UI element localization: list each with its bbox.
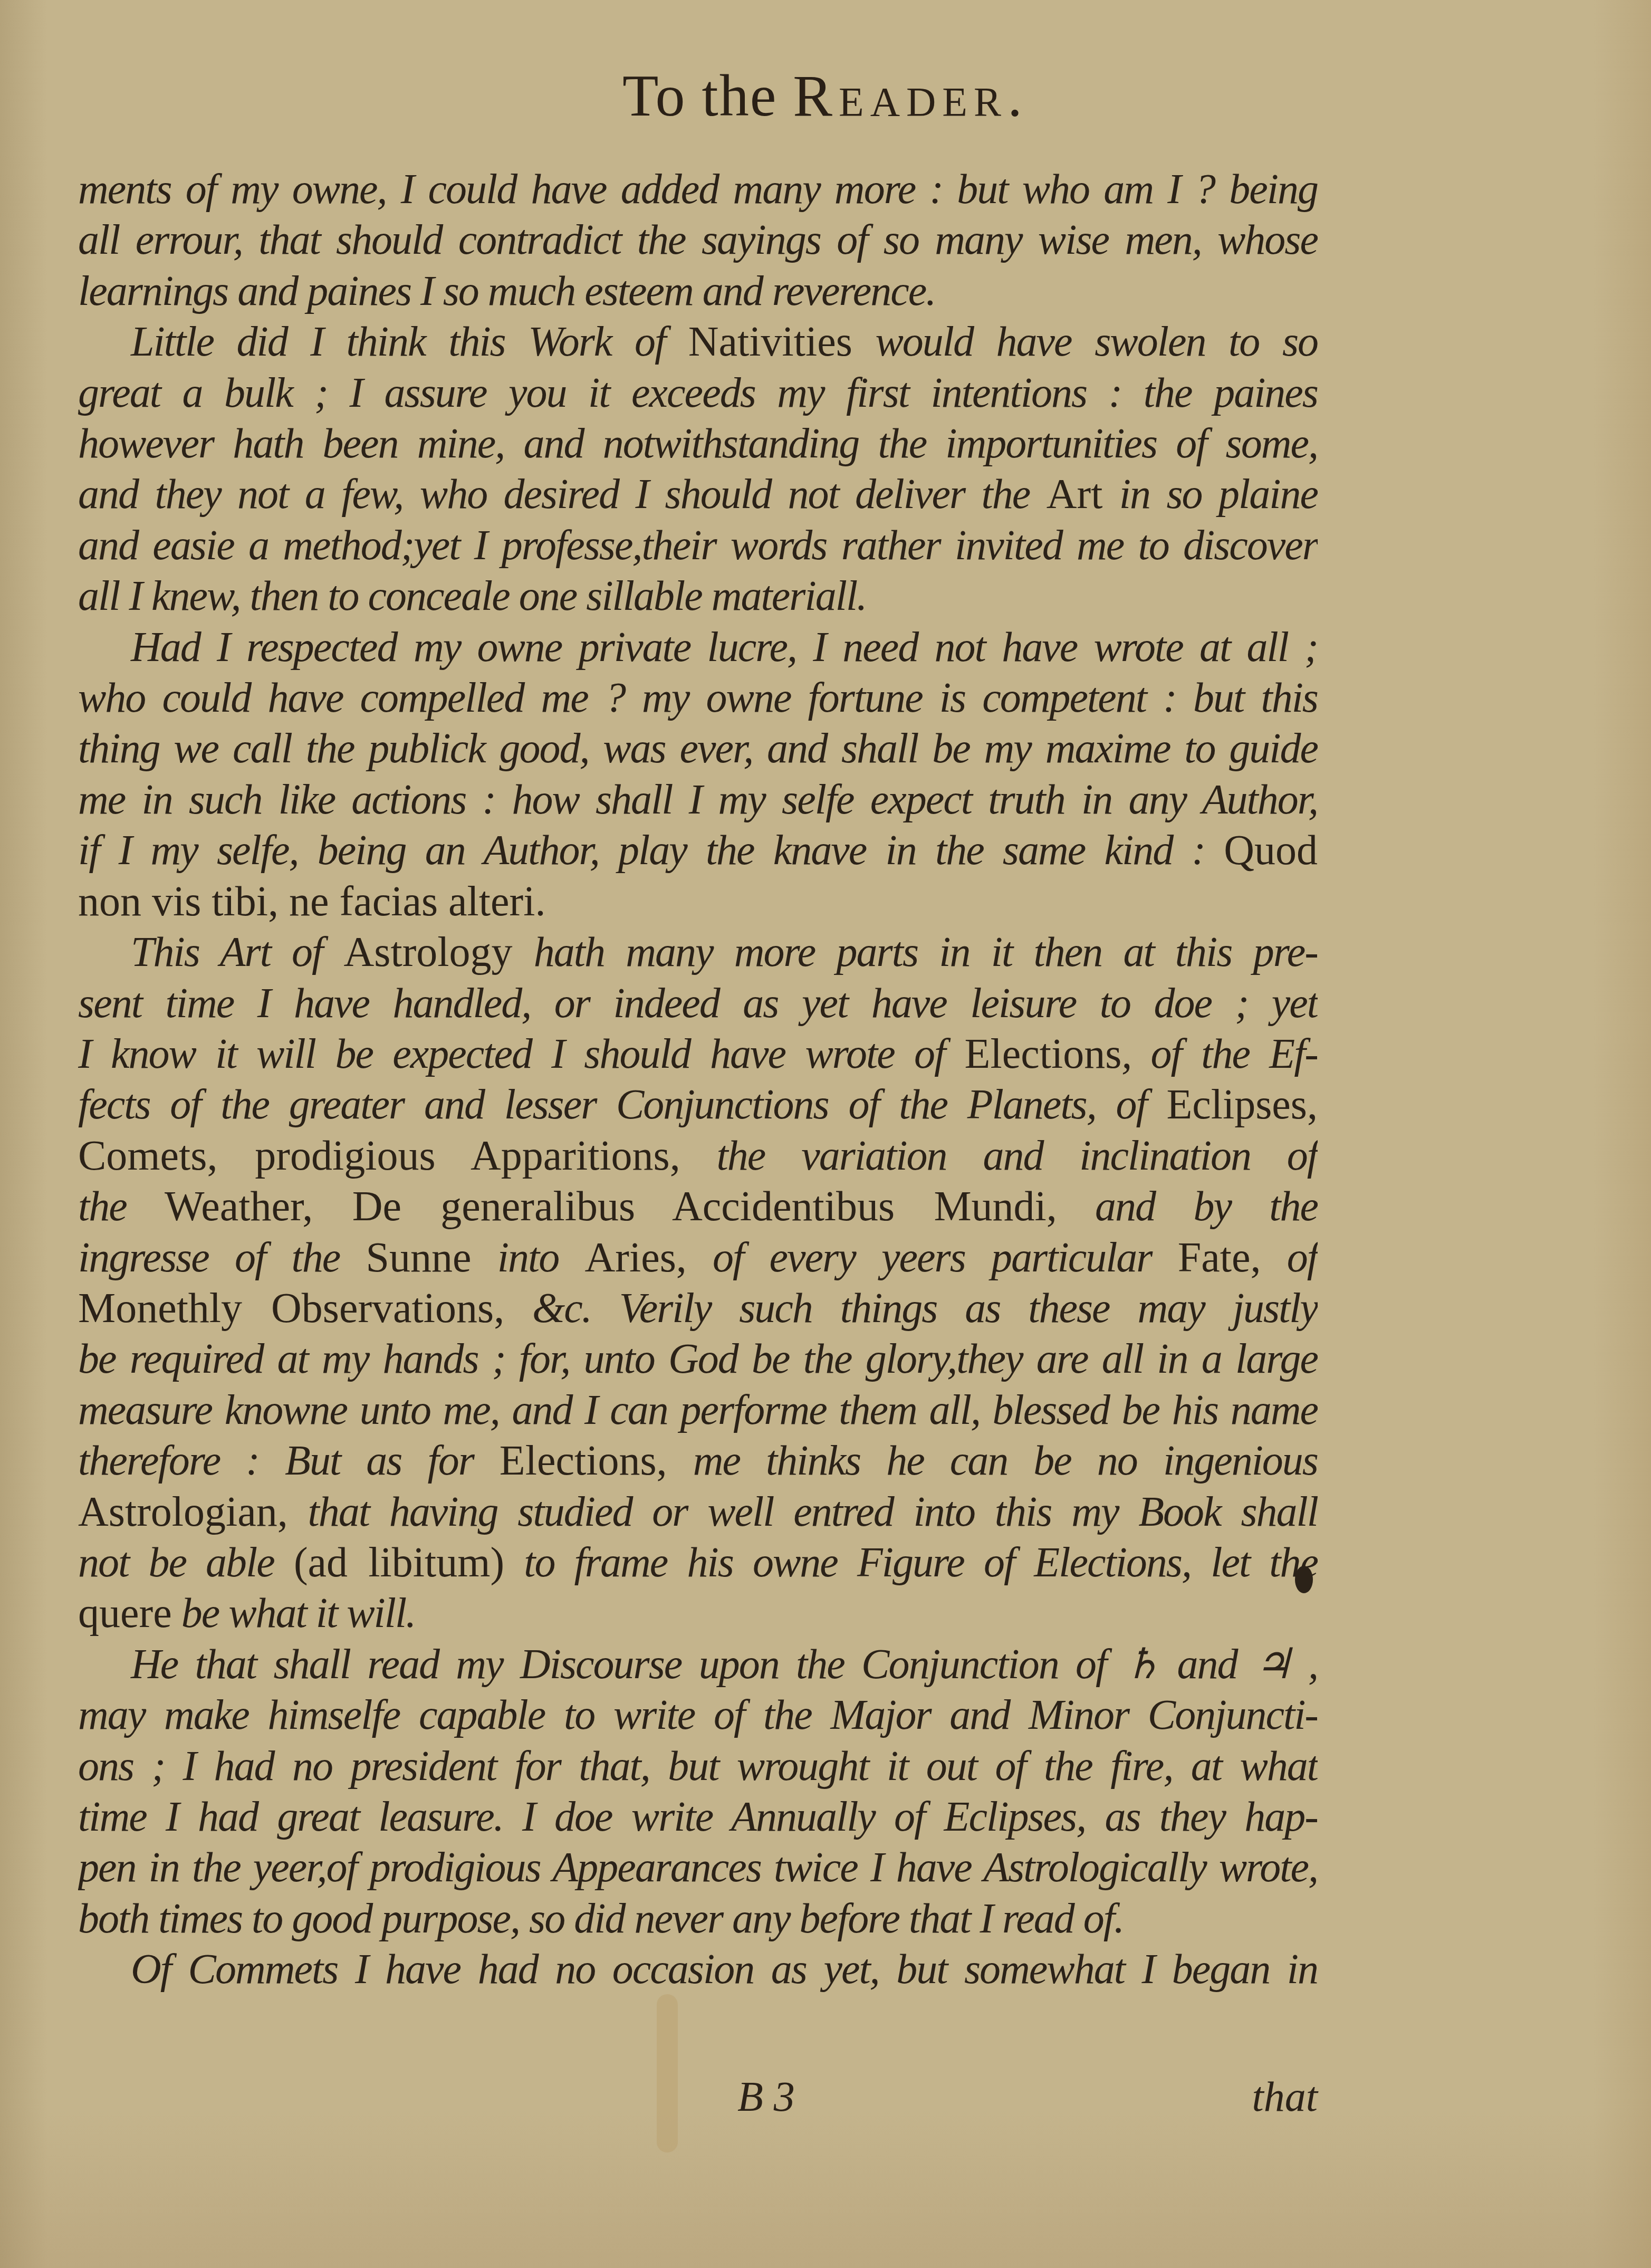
italic-text: and they not a few, who desired I should…	[78, 471, 1047, 518]
roman-text: Astrologian,	[78, 1489, 288, 1535]
italic-text: all errour, that should contradict the s…	[78, 217, 1318, 263]
text-line: the Weather, De generalibus Accidentibus…	[78, 1182, 1318, 1232]
text-line: and they not a few, who desired I should…	[78, 470, 1318, 520]
italic-text: , of the Ef-	[1121, 1031, 1318, 1077]
italic-text: that having studied or well entred into …	[288, 1489, 1318, 1535]
italic-text: &c. Verily such things as these may just…	[504, 1285, 1318, 1332]
roman-text: (ad libitum)	[294, 1539, 504, 1586]
text-line: may make himselfe capable to write of th…	[78, 1690, 1318, 1741]
text-line: ingresse of the Sunne into Aries, of eve…	[78, 1233, 1318, 1284]
running-head: To the Reader.	[0, 62, 1651, 130]
text-line: Comets, prodigious Apparitions, the vari…	[78, 1131, 1318, 1182]
italic-text: He that shall read my Discourse upon the…	[131, 1641, 1318, 1688]
text-line: time I had great leasure. I doe write An…	[78, 1792, 1318, 1843]
text-line: me in such like actions : how shall I my…	[78, 775, 1318, 826]
roman-text: Art	[1047, 471, 1103, 518]
text-line: learnings and paines I so much esteem an…	[78, 266, 1318, 317]
text-line: thing we call the publick good, was ever…	[78, 724, 1318, 774]
italic-text: may make himselfe capable to write of th…	[78, 1692, 1318, 1738]
text-line: I know it will be expected I should have…	[78, 1029, 1318, 1080]
paragraph: Of Commets I have had no occasion as yet…	[78, 1945, 1318, 1995]
text-line: Of Commets I have had no occasion as yet…	[78, 1945, 1318, 1995]
text-line: both times to good purpose, so did never…	[78, 1894, 1318, 1945]
text-line: Monethly Observations, &c. Verily such t…	[78, 1284, 1318, 1334]
italic-text: in so plaine	[1102, 471, 1318, 518]
paragraph: ments of my owne, I could have added man…	[78, 165, 1318, 317]
roman-text: Eclipses,	[1166, 1082, 1318, 1128]
italic-text: the variation and inclination of	[680, 1133, 1318, 1179]
text-line: however hath been mine, and notwithstand…	[78, 419, 1318, 470]
italic-text: who could have compelled me ? my owne fo…	[78, 675, 1318, 721]
italic-text: would have swolen to so	[852, 319, 1318, 365]
roman-text: Comets, prodigious Apparitions,	[78, 1133, 680, 1179]
italic-text: fects of the greater and lesser Conjunct…	[78, 1082, 1166, 1128]
text-line: Had I respected my owne private lucre, I…	[78, 623, 1318, 673]
italic-text: great a bulk ; I assure you it exceeds m…	[78, 370, 1318, 416]
roman-text: Quod	[1224, 827, 1318, 874]
roman-text: Sunne	[366, 1235, 471, 1281]
italic-text: me thinks he can be no ingenious	[667, 1438, 1318, 1484]
text-line: if I my selfe, being an Author, play the…	[78, 826, 1318, 876]
text-line: Little did I think this Work of Nativiti…	[78, 317, 1318, 368]
roman-text: Elections,	[500, 1438, 667, 1484]
paragraph: Little did I think this Work of Nativiti…	[78, 317, 1318, 622]
text-line: who could have compelled me ? my owne fo…	[78, 673, 1318, 724]
text-line: measure knowne unto me, and I can perfor…	[78, 1385, 1318, 1436]
italic-text: hath many more parts in it then at this …	[513, 929, 1318, 975]
running-head-prefix: To the	[622, 63, 793, 129]
italic-text: sent time I have handled, or indeed as y…	[78, 980, 1318, 1027]
italic-text: I know it will be expected I should have…	[78, 1031, 965, 1077]
roman-text: Nativities	[688, 319, 852, 365]
italic-text: therefore : But as for	[78, 1438, 500, 1484]
italic-text: me in such like actions : how shall I my…	[78, 777, 1318, 823]
body-text: ments of my owne, I could have added man…	[78, 165, 1318, 1996]
paragraph: This Art of Astrology hath many more par…	[78, 927, 1318, 1640]
italic-text: thing we call the publick good, was ever…	[78, 725, 1318, 772]
ink-blot	[1295, 1566, 1313, 1593]
italic-text: Little did I think this Work of	[131, 319, 688, 365]
italic-text: into	[471, 1235, 584, 1281]
text-line: all I knew, then to conceale one sillabl…	[78, 571, 1318, 622]
italic-text: however hath been mine, and notwithstand…	[78, 420, 1318, 467]
text-line: quere be what it will.	[78, 1588, 1318, 1639]
italic-text: ingresse of the	[78, 1235, 366, 1281]
book-page: To the Reader. ments of my owne, I could…	[0, 0, 1651, 2268]
text-line: fects of the greater and lesser Conjunct…	[78, 1080, 1318, 1131]
text-line: not be able (ad libitum) to frame his ow…	[78, 1538, 1318, 1588]
italic-text: be required at my hands ; for, unto God …	[78, 1336, 1318, 1382]
italic-text: learnings and paines I so much esteem an…	[78, 268, 935, 314]
italic-text: measure knowne unto me, and I can perfor…	[78, 1387, 1318, 1433]
text-line: ments of my owne, I could have added man…	[78, 165, 1318, 215]
italic-text: and easie a method;yet I professe,their …	[78, 522, 1318, 569]
italic-text: ons ; I had no president for that, but w…	[78, 1743, 1318, 1789]
roman-text: quere	[78, 1590, 172, 1637]
italic-text: Had I respected my owne private lucre, I…	[131, 624, 1318, 671]
roman-text: Astrology	[344, 929, 513, 975]
signature-mark: B 3	[737, 2073, 795, 2121]
roman-text: Weather, De generalibus Accidentibus Mun…	[165, 1183, 1057, 1230]
italic-text: the	[78, 1183, 165, 1230]
text-line: He that shall read my Discourse upon the…	[78, 1640, 1318, 1690]
text-line: be required at my hands ; for, unto God …	[78, 1334, 1318, 1385]
italic-text: and by the	[1057, 1183, 1318, 1230]
text-line: non vis tibi, ne facias alteri.	[78, 877, 1318, 927]
italic-text: of every yeers particular	[687, 1235, 1178, 1281]
catchword: that	[1252, 2073, 1318, 2121]
text-line: great a bulk ; I assure you it exceeds m…	[78, 368, 1318, 419]
roman-text: Aries,	[584, 1235, 686, 1281]
roman-text: non vis tibi, ne facias alteri.	[78, 878, 545, 925]
text-line: all errour, that should contradict the s…	[78, 215, 1318, 266]
italic-text: of	[1261, 1235, 1318, 1281]
italic-text: time I had great leasure. I doe write An…	[78, 1794, 1318, 1840]
italic-text: Of Commets I have had no occasion as yet…	[131, 1946, 1318, 1993]
text-line: ons ; I had no president for that, but w…	[78, 1741, 1318, 1792]
roman-text: Monethly Observations,	[78, 1285, 504, 1332]
text-line: pen in the yeer,of prodigious Appearance…	[78, 1843, 1318, 1893]
text-line: This Art of Astrology hath many more par…	[78, 927, 1318, 978]
italic-text: pen in the yeer,of prodigious Appearance…	[78, 1844, 1318, 1891]
text-line: and easie a method;yet I professe,their …	[78, 521, 1318, 571]
text-line: sent time I have handled, or indeed as y…	[78, 979, 1318, 1029]
italic-text: ments of my owne, I could have added man…	[78, 166, 1318, 213]
roman-text: Elections	[965, 1031, 1122, 1077]
italic-text: if I my selfe, being an Author, play the…	[78, 827, 1224, 874]
running-head-title: Reader.	[793, 63, 1029, 129]
text-line: therefore : But as for Elections, me thi…	[78, 1436, 1318, 1487]
paper-stain	[657, 1994, 678, 2152]
paragraph: He that shall read my Discourse upon the…	[78, 1640, 1318, 1945]
roman-text: Fate,	[1178, 1235, 1261, 1281]
italic-text: all I knew, then to conceale one sillabl…	[78, 573, 866, 619]
italic-text: to frame his owne Figure of Elections, l…	[504, 1539, 1318, 1586]
paragraph: Had I respected my owne private lucre, I…	[78, 623, 1318, 927]
italic-text: both times to good purpose, so did never…	[78, 1896, 1124, 1942]
italic-text: not be able	[78, 1539, 294, 1586]
italic-text: be what it will.	[172, 1590, 416, 1637]
italic-text: This Art of	[131, 929, 344, 975]
page-footer: B 3 that	[78, 2073, 1318, 2131]
text-line: Astrologian, that having studied or well…	[78, 1487, 1318, 1538]
